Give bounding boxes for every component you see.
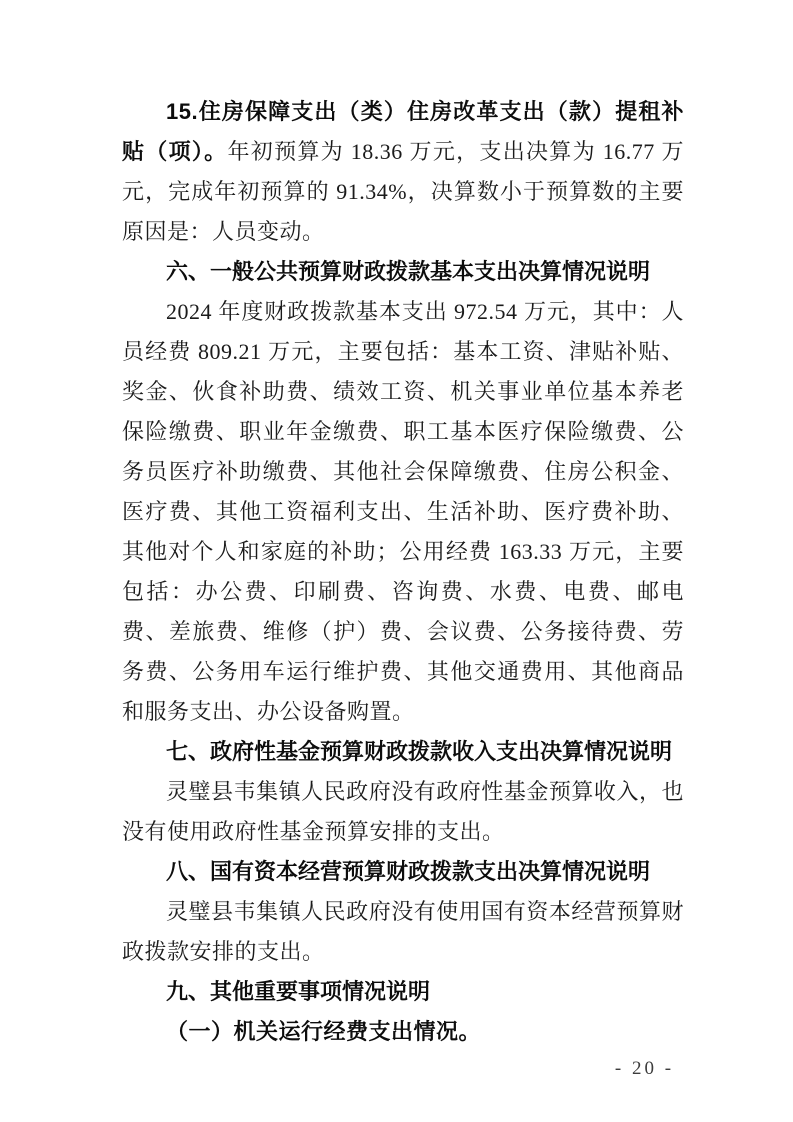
paragraph-section-7-government-funds: 灵璧县韦集镇人民政府没有政府性基金预算收入，也没有使用政府性基金预算安排的支出。	[122, 772, 684, 852]
heading-section-6: 六、一般公共预算财政拨款基本支出决算情况说明	[122, 252, 684, 292]
subheading-section-9-1-operating-expenses: （一）机关运行经费支出情况。	[122, 1012, 684, 1052]
heading-section-8: 八、国有资本经营预算财政拨款支出决算情况说明	[122, 852, 684, 892]
document-body: 15.住房保障支出（类）住房改革支出（款）提租补贴（项）。年初预算为 18.36…	[122, 92, 684, 1052]
document-page: 15.住房保障支出（类）住房改革支出（款）提租补贴（项）。年初预算为 18.36…	[0, 0, 793, 1122]
paragraph-section-6-basic-expenditure: 2024 年度财政拨款基本支出 972.54 万元，其中：人员经费 809.21…	[122, 292, 684, 732]
paragraph-item-15: 15.住房保障支出（类）住房改革支出（款）提租补贴（项）。年初预算为 18.36…	[122, 92, 684, 252]
page-number: - 20 -	[592, 1056, 697, 1082]
paragraph-section-8-state-capital: 灵璧县韦集镇人民政府没有使用国有资本经营预算财政拨款安排的支出。	[122, 892, 684, 972]
heading-section-7: 七、政府性基金预算财政拨款收入支出决算情况说明	[122, 732, 684, 772]
heading-section-9: 九、其他重要事项情况说明	[122, 972, 684, 1012]
